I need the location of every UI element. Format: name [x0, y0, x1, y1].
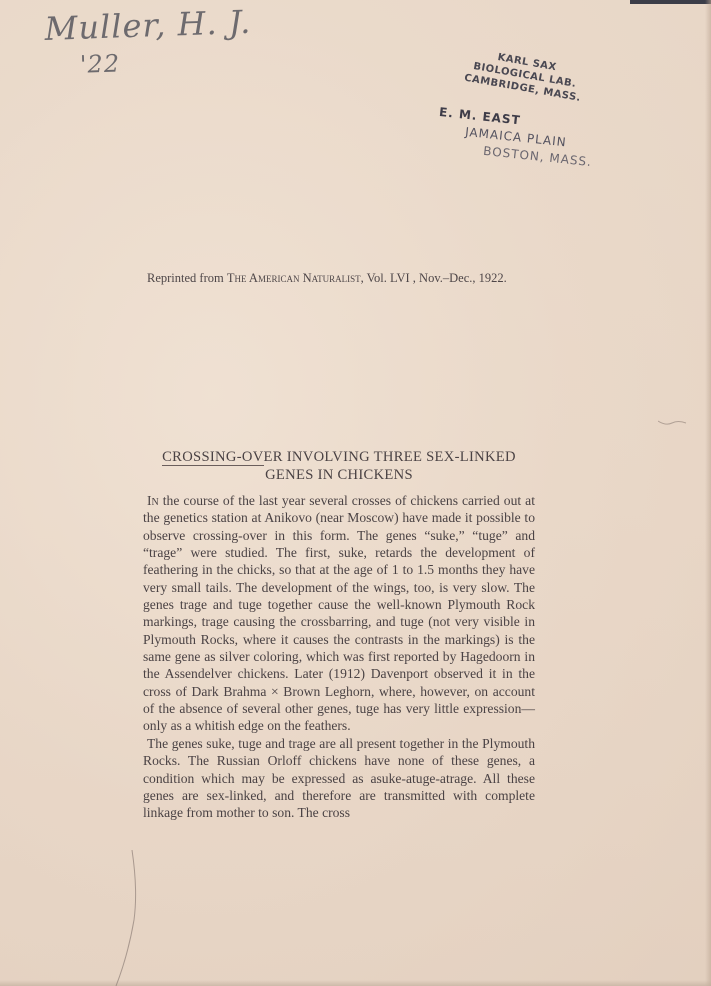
handwritten-year: '22: [79, 45, 253, 79]
paragraph-text: The genes suke, tuge and trage are all p…: [143, 736, 535, 820]
paragraph-lead: In: [147, 493, 159, 508]
page-bottom-edge: [0, 980, 711, 986]
paragraph-text: the course of the last year several cros…: [143, 493, 535, 733]
paper-crease-line: [110, 850, 140, 986]
handwritten-note: Muller, H. J. '22: [44, 3, 253, 80]
ownership-stamp-east: E. M. EAST JAMAICA PLAIN BOSTON, MASS.: [435, 104, 597, 171]
page-top-edge-shadow: [630, 0, 711, 4]
journal-name: The American Naturalist: [227, 271, 361, 285]
reprint-suffix: , Vol. LVI , Nov.–Dec., 1922.: [361, 271, 507, 285]
title-underlined-part: CROSSING-OV: [162, 449, 263, 466]
reprint-notice: Reprinted from The American Naturalist, …: [147, 271, 567, 286]
paragraph-1: In the course of the last year several c…: [143, 492, 535, 735]
stamp-name: E. M. EAST: [438, 105, 521, 127]
article: CROSSING-OVER INVOLVING THREE SEX-LINKED…: [143, 448, 535, 822]
handwritten-author-name: Muller, H. J.: [44, 3, 252, 48]
article-title: CROSSING-OVER INVOLVING THREE SEX-LINKED…: [143, 448, 535, 484]
title-line1-rest: ER INVOLVING THREE SEX-LINKED: [264, 449, 516, 465]
reprint-prefix: Reprinted from: [147, 271, 227, 285]
scanned-page: Muller, H. J. '22 KARL SAX BIOLOGICAL LA…: [0, 0, 711, 986]
page-right-edge: [705, 0, 711, 986]
title-line2: GENES IN CHICKENS: [265, 467, 413, 483]
ownership-stamp-karl-sax: KARL SAX BIOLOGICAL LAB. CAMBRIDGE, MASS…: [463, 46, 586, 105]
paragraph-2: The genes suke, tuge and trage are all p…: [143, 735, 535, 822]
paper-scratch-mark: [658, 418, 688, 428]
